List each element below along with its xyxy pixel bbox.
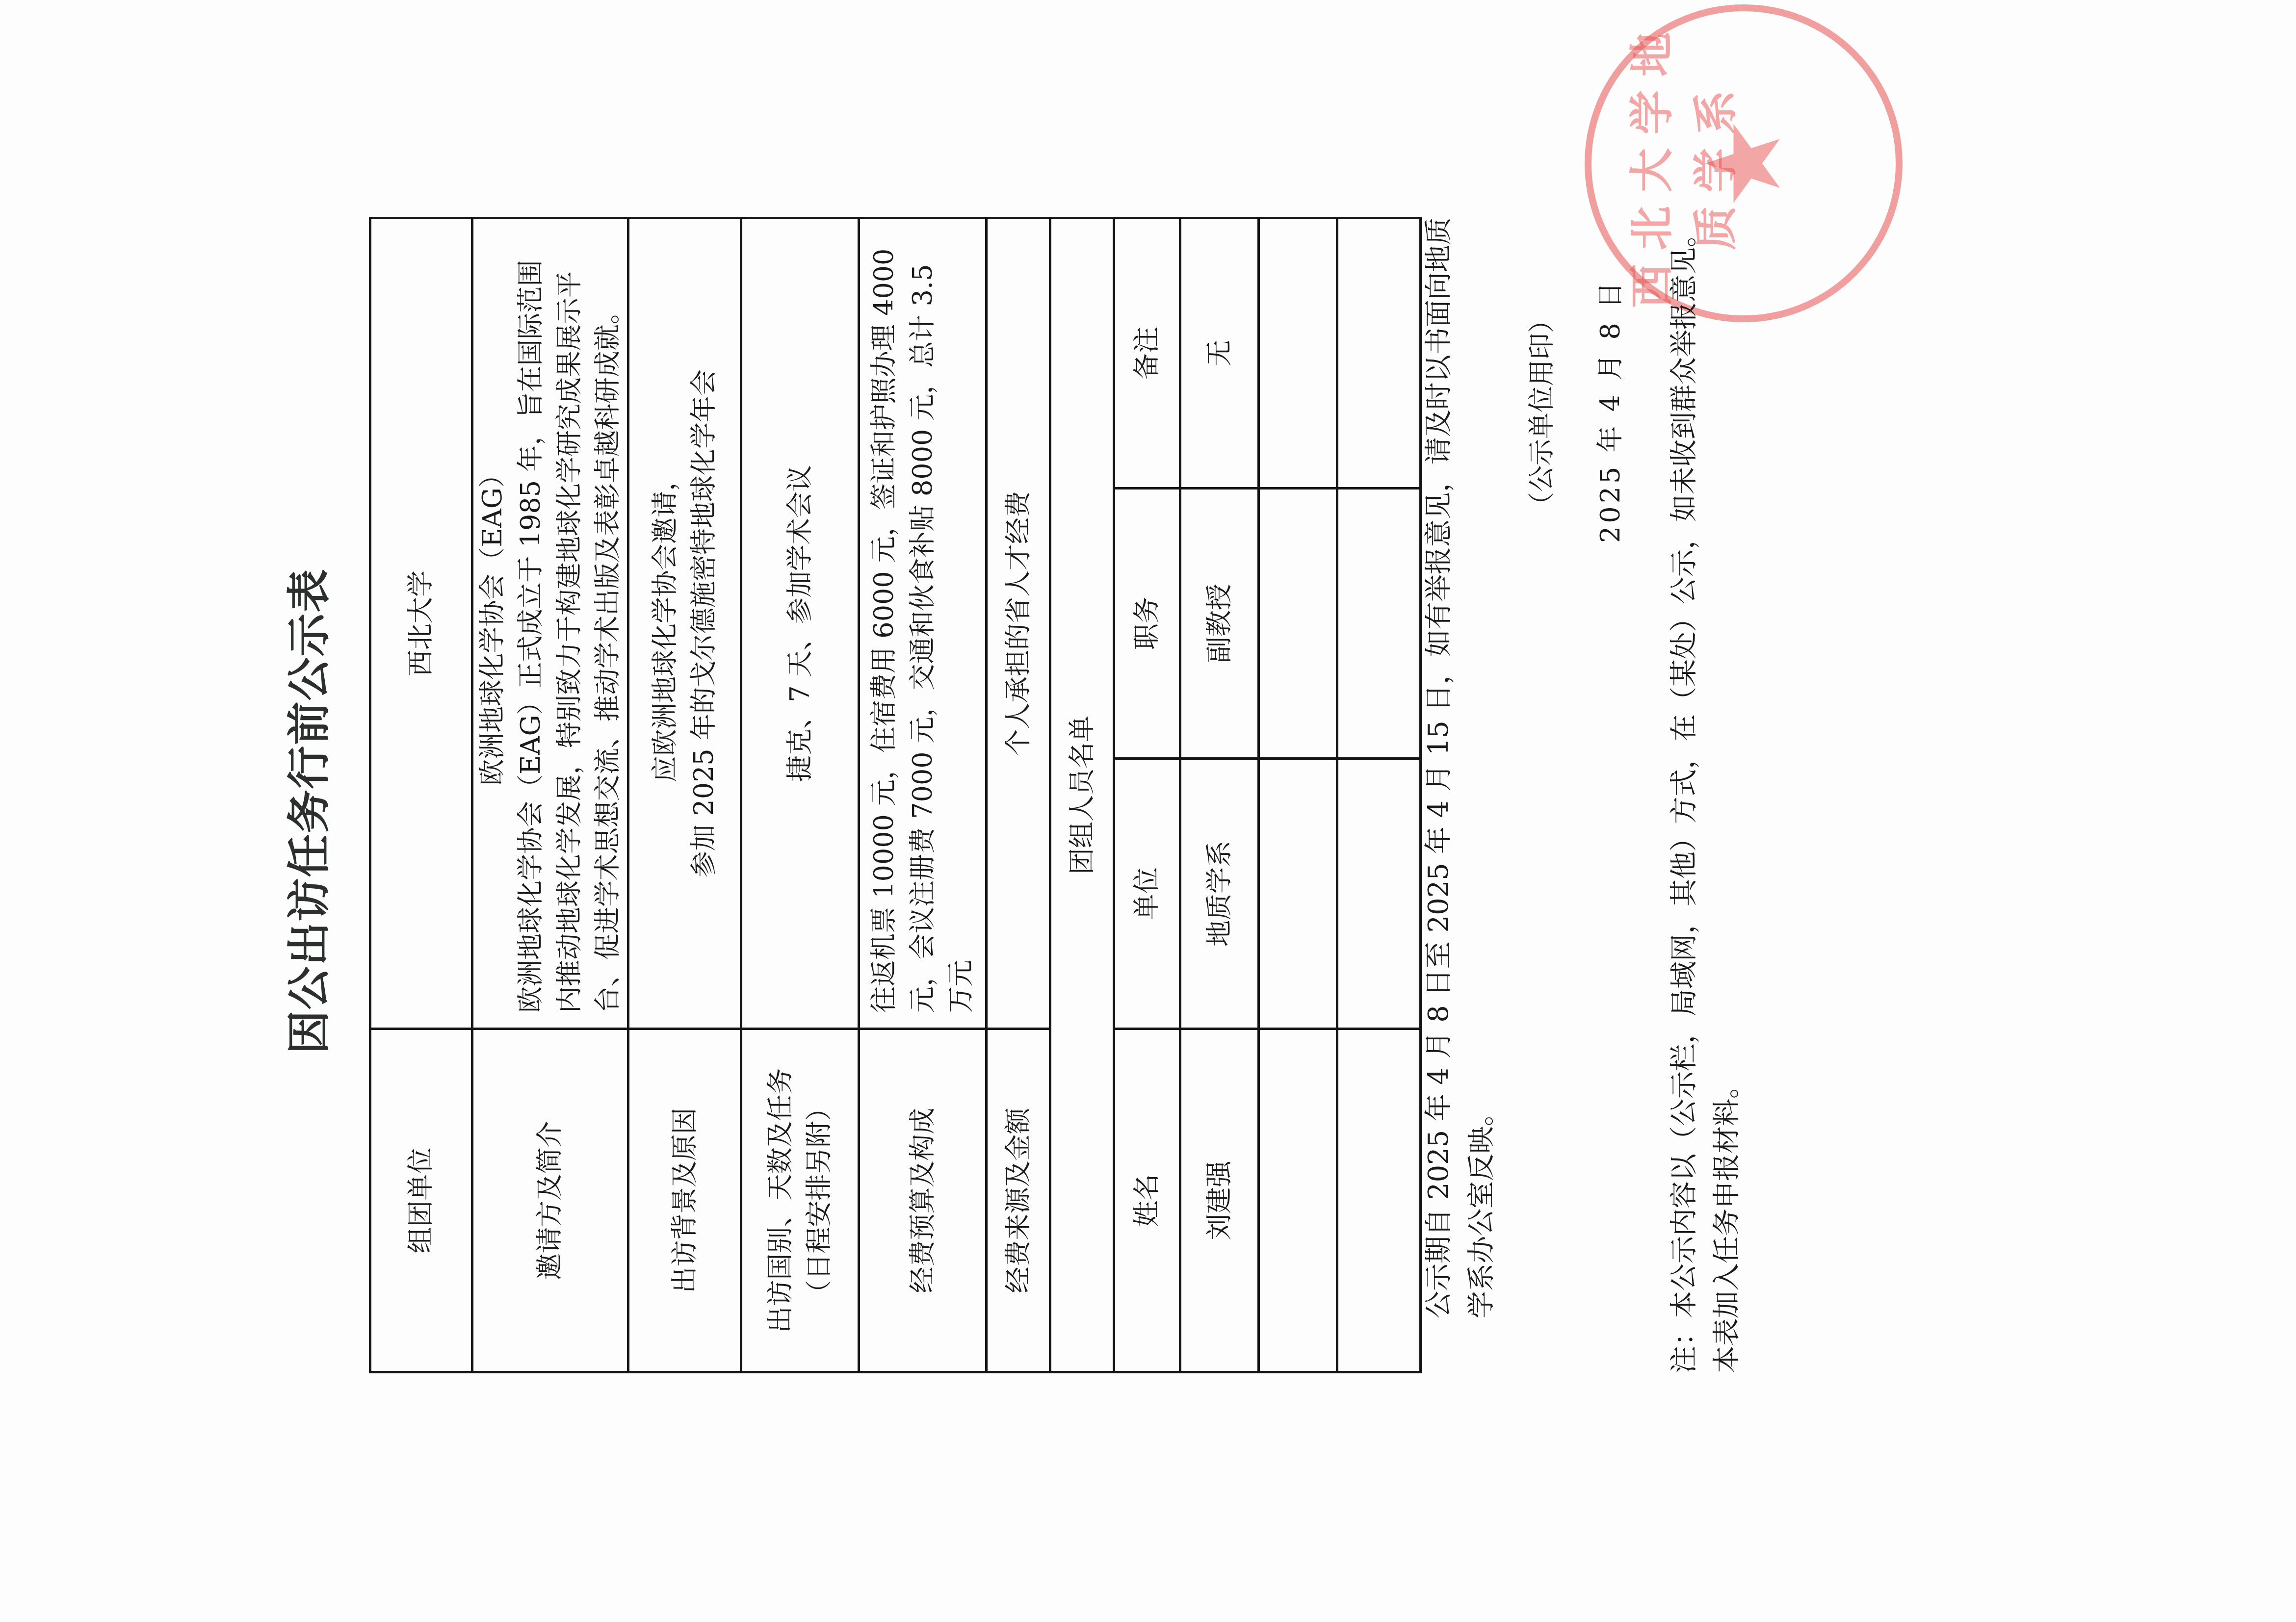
label-inviter: 邀请方及简介	[472, 1029, 628, 1372]
value-visit-reason: 应欧洲地球化学协会邀请， 参加 2025 年的戈尔德施密特地球化学年会	[628, 218, 741, 1029]
roster-title-row: 团组人员名单	[1050, 218, 1114, 1372]
label-organizing-unit: 组团单位	[370, 1029, 472, 1372]
signature-date: 2025 年 4 月 8 日	[1590, 279, 1627, 543]
footnote: 注：本公示内容以（公示栏，局域网，其他）方式，在（某处）公示，如未收到群众举报意…	[1663, 206, 1748, 1373]
roster-cell-unit: 地质学系	[1180, 759, 1259, 1029]
roster-header-position: 职务	[1114, 489, 1180, 759]
label-destination: 出访国别、天数及任务 （日程安排另附）	[741, 1029, 859, 1372]
visit-reason-line-2: 参加 2025 年的戈尔德施密特地球化学年会	[685, 234, 723, 1013]
label-visit-reason: 出访背景及原因	[628, 1029, 741, 1372]
roster-cell-position	[1259, 489, 1337, 759]
row-organizing-unit: 组团单位 西北大学	[370, 218, 472, 1372]
value-destination: 捷克、7 天、参加学术会议	[741, 218, 859, 1029]
visit-reason-line-1: 应欧洲地球化学协会邀请，	[646, 234, 684, 1013]
value-organizing-unit: 西北大学	[370, 218, 472, 1029]
roster-cell-position: 副教授	[1180, 489, 1259, 759]
row-visit-reason: 出访背景及原因 应欧洲地球化学协会邀请， 参加 2025 年的戈尔德施密特地球化…	[628, 218, 741, 1372]
roster-cell-unit	[1259, 759, 1337, 1029]
star-icon: ★	[1684, 117, 1804, 209]
roster-cell-name	[1259, 1029, 1337, 1372]
roster-cell-name: 刘建强	[1180, 1029, 1259, 1372]
value-budget: 往返机票 10000 元，住宿费用 6000 元，签证和护照办理 4000 元，…	[859, 218, 987, 1029]
notice-text: 公示期自 2025 年 4 月 8 日至 2025 年 4 月 15 日，如有举…	[1418, 206, 1503, 1373]
page-title: 因公出访任务行前公示表	[275, 0, 337, 1622]
label-funding-source: 经费来源及金额	[987, 1029, 1050, 1372]
value-funding-source: 个人承担的省人才经费	[987, 218, 1050, 1029]
publicity-form-table: 组团单位 西北大学 邀请方及简介 欧洲地球化学协会（EAG） 欧洲地球化学协会（…	[369, 217, 1422, 1373]
publicity-period-notice: 公示期自 2025 年 4 月 8 日至 2025 年 4 月 15 日，如有举…	[1418, 206, 1503, 1373]
roster-row: 刘建强 地质学系 副教授 无	[1180, 218, 1259, 1372]
row-destination: 出访国别、天数及任务 （日程安排另附） 捷克、7 天、参加学术会议	[741, 218, 859, 1372]
roster-header-row: 姓名 单位 职务 备注	[1114, 218, 1180, 1372]
roster-header-remark: 备注	[1114, 218, 1180, 488]
roster-cell-remark: 无	[1180, 218, 1259, 488]
label-destination-main: 出访国别、天数及任务	[761, 1045, 800, 1356]
roster-title: 团组人员名单	[1050, 218, 1114, 1372]
roster-cell-position	[1337, 489, 1421, 759]
label-destination-sub: （日程安排另附）	[800, 1045, 838, 1356]
row-funding-source: 经费来源及金额 个人承担的省人才经费	[987, 218, 1050, 1372]
value-inviter: 欧洲地球化学协会（EAG） 欧洲地球化学协会（EAG）正式成立于 1985 年，…	[472, 218, 628, 1029]
roster-row	[1259, 218, 1337, 1372]
footnote-text: 注：本公示内容以（公示栏，局域网，其他）方式，在（某处）公示，如未收到群众举报意…	[1663, 206, 1748, 1373]
roster-cell-remark	[1259, 218, 1337, 488]
roster-cell-remark	[1337, 218, 1421, 488]
roster-header-unit: 单位	[1114, 759, 1180, 1029]
roster-cell-unit	[1337, 759, 1421, 1029]
roster-header-name: 姓名	[1114, 1029, 1180, 1372]
document-page: 因公出访任务行前公示表 组团单位 西北大学 邀请方及简介 欧洲地球化学协会（EA…	[0, 0, 2296, 1622]
inviter-intro: 欧洲地球化学协会（EAG）正式成立于 1985 年，旨在国际范围内推动地球化学发…	[512, 234, 627, 1013]
label-budget: 经费预算及构成	[859, 1029, 987, 1372]
signature-unit-label: （公示单位用印）	[1521, 307, 1559, 518]
row-budget: 经费预算及构成 往返机票 10000 元，住宿费用 6000 元，签证和护照办理…	[859, 218, 987, 1372]
roster-row	[1337, 218, 1421, 1372]
roster-cell-name	[1337, 1029, 1421, 1372]
row-inviter: 邀请方及简介 欧洲地球化学协会（EAG） 欧洲地球化学协会（EAG）正式成立于 …	[472, 218, 628, 1372]
inviter-name: 欧洲地球化学协会（EAG）	[473, 234, 512, 1013]
